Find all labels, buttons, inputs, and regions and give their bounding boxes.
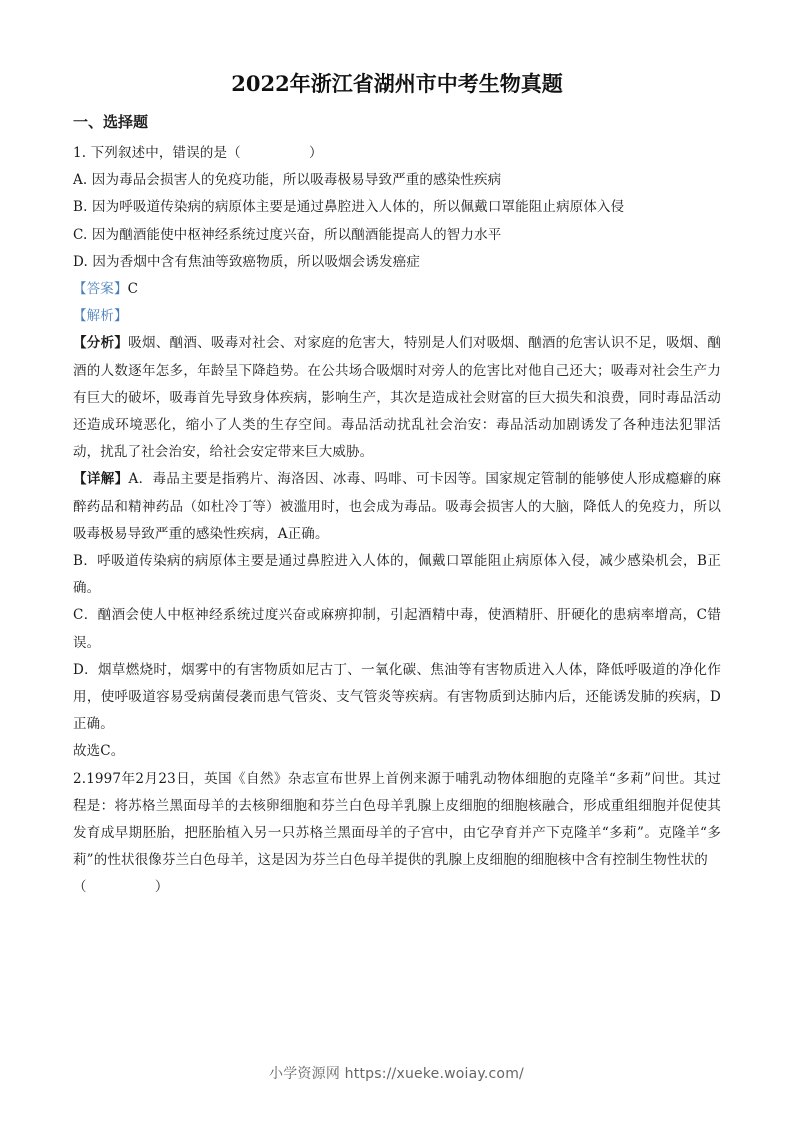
xiangjie-b-text: B．呼吸道传染病的病原体主要是通过鼻腔进入人体的，佩戴口罩能阻止病原体入侵，减少… <box>73 553 721 596</box>
option-label: B. <box>73 199 88 215</box>
question-stem: 2.1997年2月23日，英国《自然》杂志宣布世界上首例来源于哺乳动物体细胞的克… <box>73 766 721 875</box>
answer-line: 【答案】C <box>73 276 721 303</box>
fenxi-paragraph: 【分析】吸烟、酗酒、吸毒对社会、对家庭的危害大，特别是人们对吸烟、酗酒的危害认识… <box>73 330 721 466</box>
xiangjie-d-text: D．烟草燃烧时，烟雾中的有害物质如尼古丁、一氧化碳、焦油等有害物质进入人体，降低… <box>73 662 721 732</box>
option-label: A. <box>73 172 87 188</box>
option-text: 因为呼吸道传染病的病原体主要是通过鼻腔进入人体的，所以佩戴口罩能阻止病原体入侵 <box>92 199 624 215</box>
answer-label: 【答案】 <box>73 281 128 297</box>
option-text: 因为酗酒能使中枢神经系统过度兴奋，所以酗酒能提高人的智力水平 <box>92 227 502 243</box>
document-page: 2022年浙江省湖州市中考生物真题 一、选择题 1. 下列叙述中，错误的是（ ）… <box>73 70 721 902</box>
question-2: 2.1997年2月23日，英国《自然》杂志宣布世界上首例来源于哺乳动物体细胞的克… <box>73 766 721 902</box>
xiangjie-a: 【详解】A．毒品主要是指鸦片、海洛因、冰毒、吗啡、可卡因等。国家规定管制的能够使… <box>73 466 721 548</box>
option-text: 因为毒品会损害人的免疫功能，所以吸毒极易导致严重的感染性疾病 <box>92 172 502 188</box>
option-a: A. 因为毒品会损害人的免疫功能，所以吸毒极易导致严重的感染性疾病 <box>73 167 721 194</box>
xiangjie-b: B．呼吸道传染病的病原体主要是通过鼻腔进入人体的，佩戴口罩能阻止病原体入侵，减少… <box>73 548 721 602</box>
fenxi-text: 吸烟、酗酒、吸毒对社会、对家庭的危害大，特别是人们对吸烟、酗酒的危害认识不足，吸… <box>73 335 721 460</box>
conclusion: 故选C。 <box>73 738 721 765</box>
question-number: 1. <box>73 145 86 161</box>
analysis-label: 【解析】 <box>73 308 128 324</box>
question-number: 2. <box>73 771 86 787</box>
answer-blank: （ ） <box>73 874 721 901</box>
document-title: 2022年浙江省湖州市中考生物真题 <box>73 70 721 98</box>
xiangjie-label: 【详解】 <box>73 471 129 487</box>
xiangjie-c: C．酗酒会使人中枢神经系统过度兴奋或麻痹抑制，引起酒精中毒，使酒精肝、肝硬化的患… <box>73 602 721 656</box>
question-stem-text: 下列叙述中，错误的是（ ） <box>91 145 323 161</box>
option-label: D. <box>73 254 88 270</box>
xiangjie-c-text: C．酗酒会使人中枢神经系统过度兴奋或麻痹抑制，引起酒精中毒，使酒精肝、肝硬化的患… <box>73 607 721 650</box>
section-heading: 一、选择题 <box>73 110 721 134</box>
xiangjie-a-text: A．毒品主要是指鸦片、海洛因、冰毒、吗啡、可卡因等。国家规定管制的能够使人形成瘾… <box>73 471 721 541</box>
answer-value: C <box>128 281 138 297</box>
question-stem-text: 1997年2月23日，英国《自然》杂志宣布世界上首例来源于哺乳动物体细胞的克隆羊… <box>73 771 721 869</box>
option-b: B. 因为呼吸道传染病的病原体主要是通过鼻腔进入人体的，所以佩戴口罩能阻止病原体… <box>73 194 721 221</box>
option-text: 因为香烟中含有焦油等致癌物质，所以吸烟会诱发癌症 <box>92 254 420 270</box>
option-c: C. 因为酗酒能使中枢神经系统过度兴奋，所以酗酒能提高人的智力水平 <box>73 222 721 249</box>
option-label: C. <box>73 227 87 243</box>
footer-watermark: 小学资源网 https://xueke.woiay.com/ <box>0 1063 793 1083</box>
analysis-header: 【解析】 <box>73 303 721 330</box>
fenxi-label: 【分析】 <box>73 335 128 351</box>
xiangjie-d: D．烟草燃烧时，烟雾中的有害物质如尼古丁、一氧化碳、焦油等有害物质进入人体，降低… <box>73 657 721 739</box>
question-1: 1. 下列叙述中，错误的是（ ） A. 因为毒品会损害人的免疫功能，所以吸毒极易… <box>73 140 721 766</box>
option-d: D. 因为香烟中含有焦油等致癌物质，所以吸烟会诱发癌症 <box>73 249 721 276</box>
question-stem: 1. 下列叙述中，错误的是（ ） <box>73 140 721 167</box>
